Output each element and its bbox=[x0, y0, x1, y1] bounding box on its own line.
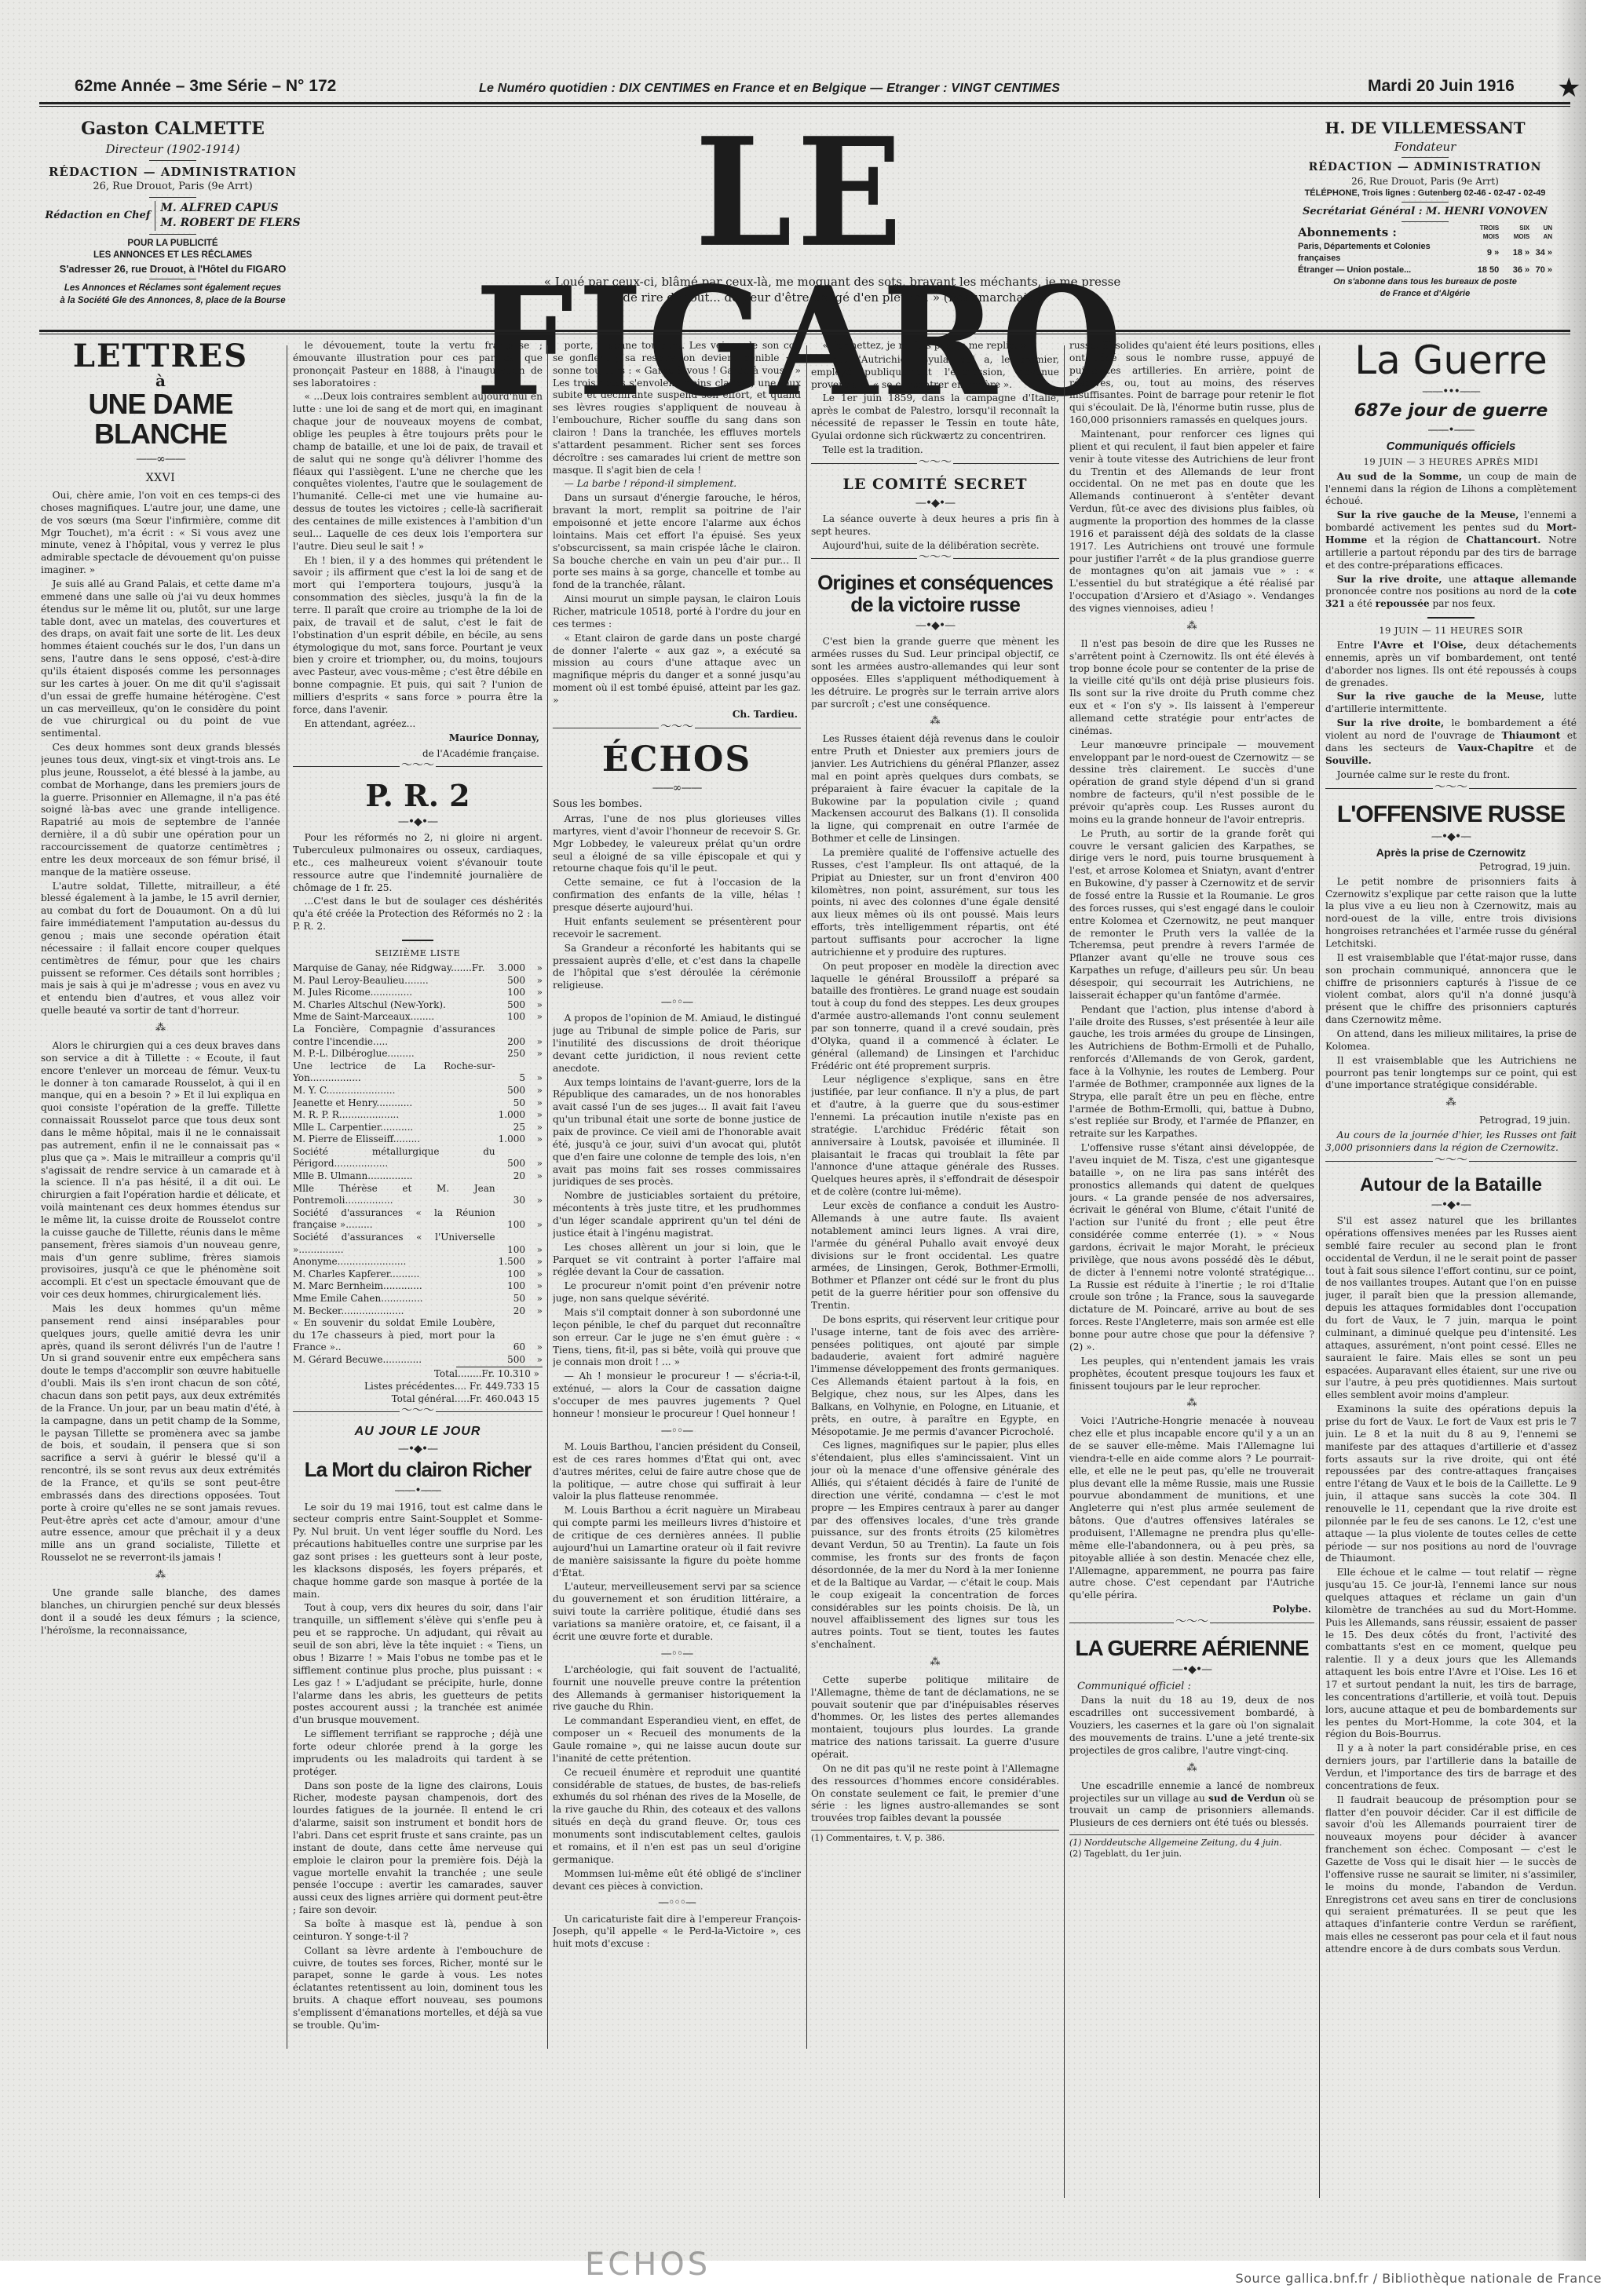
donor-amount: 500 bbox=[495, 1354, 525, 1367]
comite-title: LE COMITÉ SECRET bbox=[811, 477, 1059, 493]
phone: TÉLÉPHONE, Trois lignes : Gutenberg 02-4… bbox=[1296, 188, 1555, 199]
donor-name: M. Charles Kapferer.......... bbox=[293, 1268, 495, 1281]
donor-amount: 500 bbox=[495, 999, 525, 1012]
footnote: (1) Commentaires, t. V, p. 386. bbox=[811, 1833, 1059, 1844]
subs-note-1: On s'abonne dans tous les bureaux de pos… bbox=[1296, 276, 1555, 288]
divider bbox=[402, 940, 433, 941]
paragraph: Le procureur n'omit point d'en prévenir … bbox=[553, 1280, 801, 1305]
donor-name: M. Jules Ricome.............. bbox=[293, 987, 495, 999]
paragraph: Huit enfants seulement se présentèrent p… bbox=[553, 916, 801, 941]
paragraph: M. Louis Barthou a écrit naguère un Mira… bbox=[553, 1505, 801, 1579]
donor-row: M. R. P. R....................1.000» bbox=[293, 1109, 543, 1122]
masthead-left: Gaston CALMETTE Directeur (1902-1914) RÉ… bbox=[43, 118, 302, 307]
donor-row: Mme de Saint-Marceaux........100» bbox=[293, 1011, 543, 1024]
war-day: 687e jour de guerre bbox=[1325, 402, 1577, 420]
address: 26, Rue Drouot, Paris (9e Arrt) bbox=[1296, 175, 1555, 188]
paragraph: Examinons la suite des opérations depuis… bbox=[1325, 1404, 1577, 1565]
subs-value: 34 » bbox=[1532, 241, 1555, 265]
donor-row: Société métallurgique du Périgord.......… bbox=[293, 1146, 543, 1170]
subs-note-2: de France et d'Algérie bbox=[1296, 288, 1555, 300]
donor-amount: 100 bbox=[495, 1268, 525, 1281]
paragraph: Sur la rive gauche de la Meuse, lutte d'… bbox=[1325, 691, 1577, 716]
paragraph: porte, il sonne toujours. Les veines de … bbox=[553, 340, 801, 476]
donor-amount: 1.000 bbox=[495, 1133, 525, 1146]
air-war-subtitle: Communiqué officiel : bbox=[1077, 1681, 1314, 1694]
donor-amount: 5 bbox=[495, 1060, 525, 1085]
paragraph: On peut proposer en modèle la direction … bbox=[811, 961, 1059, 1073]
donor-row: Marquise de Ganay, née Ridgway.......Fr.… bbox=[293, 962, 543, 975]
paragraph: Le commandant Esperandieu vient, en effe… bbox=[553, 1715, 801, 1765]
paragraph: Arras, l'une de nos plus glorieuses vill… bbox=[553, 813, 801, 875]
offensive-subtitle: Après la prise de Czernowitz bbox=[1325, 847, 1577, 859]
masthead-right: H. DE VILLEMESSANT Fondateur RÉDACTION —… bbox=[1296, 118, 1555, 300]
paragraph: Le soir du 19 mai 1916, tout est calme d… bbox=[293, 1502, 543, 1601]
ornament: —•◆•— bbox=[293, 815, 543, 829]
donor-name: Anonyme....................... bbox=[293, 1256, 495, 1268]
list-title: SEIZIÈME LISTE bbox=[293, 947, 543, 959]
donor-row: Mlle Thérèse et M. Jean Pontremoli......… bbox=[293, 1183, 543, 1207]
story-title: La Mort du clairon Richer bbox=[293, 1459, 543, 1480]
donor-name: M. Pierre de Elisseiff......... bbox=[293, 1133, 495, 1146]
donor-name: Mlle Thérèse et M. Jean Pontremoli......… bbox=[293, 1183, 495, 1207]
paragraph: « ...Deux lois contraires semblent aujou… bbox=[293, 391, 543, 553]
column-rule bbox=[1319, 345, 1320, 2198]
donor-name: Mlle B. Ulmann............... bbox=[293, 1170, 495, 1183]
subscription-table: Abonnements : TROIS MOIS SIX MOIS UN AN … bbox=[1296, 224, 1555, 276]
paragraph: Entre l'Avre et l'Oise, deux détachement… bbox=[1325, 640, 1577, 689]
donor-row: Jeanette et Henry............50» bbox=[293, 1097, 543, 1110]
divider bbox=[1402, 221, 1449, 222]
communique-time: 19 JUIN — 11 HEURES SOIR bbox=[1325, 625, 1577, 637]
origines-title-2: de la victoire russe bbox=[811, 594, 1059, 615]
war-title: La Guerre bbox=[1325, 340, 1577, 381]
section-divider bbox=[1069, 1623, 1314, 1630]
paragraph: « Permettez, je ne fuis pas, je me repli… bbox=[811, 340, 1059, 352]
divider bbox=[149, 234, 196, 235]
donor-amount: 500 bbox=[495, 1085, 525, 1097]
paragraph: Il y a à noter la part considérable pris… bbox=[1325, 1743, 1577, 1792]
section-stars: ⁂ bbox=[41, 1022, 280, 1035]
donor-row: M. Paul Leroy-Beaulieu........500» bbox=[293, 975, 543, 987]
paragraph: L'autre soldat, Tillette, mitrailleur, a… bbox=[41, 881, 280, 1017]
column-6: La Guerre ——•••—— 687e jour de guerre ——… bbox=[1325, 340, 1577, 2192]
dateline: Petrograd, 19 juin. bbox=[1325, 861, 1570, 874]
footnotes: (1) Commentaires, t. V, p. 386. bbox=[811, 1830, 1059, 1844]
ornament: ——∞—— bbox=[553, 781, 801, 795]
paragraph: Au cours de la journée d'hier, les Russe… bbox=[1325, 1130, 1577, 1155]
donor-amount: 100 bbox=[495, 1232, 525, 1256]
donor-mark: » bbox=[525, 1024, 543, 1048]
donor-row: La Foncière, Compagnie d'assurances cont… bbox=[293, 1024, 543, 1048]
ornament: —•◆•— bbox=[1069, 1663, 1314, 1677]
ornament: —•◆•— bbox=[811, 496, 1059, 510]
paragraph: Tout à coup, vers dix heures du soir, da… bbox=[293, 1602, 543, 1727]
donor-row: « En souvenir du soldat Emile Loubère, d… bbox=[293, 1317, 543, 1354]
paragraph: Collant sa lèvre ardente à l'embouchure … bbox=[293, 1945, 543, 2032]
donor-amount: 100 bbox=[495, 1280, 525, 1293]
donor-amount: 250 bbox=[495, 1048, 525, 1060]
paragraph: Dans la nuit du 18 au 19, deux de nos es… bbox=[1069, 1695, 1314, 1757]
paragraph: Le 1er juin 1859, dans la campagne d'Ita… bbox=[811, 392, 1059, 442]
donor-mark: » bbox=[525, 962, 543, 975]
column-rule bbox=[547, 345, 548, 2049]
paragraph: La première qualité de l'offensive actue… bbox=[811, 847, 1059, 959]
paragraph: A propos de l'opinion de M. Amiaud, le d… bbox=[553, 1013, 801, 1075]
echos-title: ÉCHOS bbox=[553, 742, 801, 778]
founder-role: Fondateur bbox=[1296, 139, 1555, 155]
donor-mark: » bbox=[525, 1146, 543, 1170]
ornament: —◦◦— bbox=[553, 995, 801, 1009]
donor-name: M. Becker..................... bbox=[293, 1305, 495, 1318]
donor-mark: » bbox=[525, 1109, 543, 1122]
paragraph: Aux temps lointains de l'avant-guerre, l… bbox=[553, 1077, 801, 1189]
donor-mark: » bbox=[525, 1060, 543, 1085]
divider bbox=[1427, 617, 1475, 619]
donor-amount: 20 bbox=[495, 1305, 525, 1318]
ornament: ——•—— bbox=[1325, 423, 1577, 437]
donor-amount: 50 bbox=[495, 1097, 525, 1110]
top-line: 62me Année – 3me Série – N° 172 Le Numér… bbox=[0, 77, 1578, 100]
paragraph: Le Pruth, au sortir de la grande forêt q… bbox=[1069, 828, 1314, 1002]
paragraph: L'auteur, merveilleusement servi par sa … bbox=[553, 1581, 801, 1643]
donor-amount: 50 bbox=[495, 1293, 525, 1305]
paragraph: Mais s'il comptait donner à son subordon… bbox=[553, 1307, 801, 1369]
paragraph: Oui, chère amie, l'on voit en ces temps-… bbox=[41, 490, 280, 577]
donor-mark: » bbox=[525, 1085, 543, 1097]
subs-row-label: Étranger — Union postale... bbox=[1296, 265, 1463, 276]
section-stars: ⁂ bbox=[811, 1656, 1059, 1670]
paragraph: Les Russes étaient déjà revenus dans le … bbox=[811, 733, 1059, 845]
ornament: —◦◦— bbox=[553, 1424, 801, 1438]
ornament: —◦◦— bbox=[553, 1647, 801, 1661]
paragraph: russe. Si solides qu'aient été leurs pos… bbox=[1069, 340, 1314, 427]
paragraph: Les choses allèrent un jour si loin, que… bbox=[553, 1242, 801, 1279]
donor-amount: 1.500 bbox=[495, 1256, 525, 1268]
donor-amount: 100 bbox=[495, 1011, 525, 1024]
ornament: ——•—— bbox=[293, 1484, 543, 1498]
donor-mark: » bbox=[525, 975, 543, 987]
paragraph: Ces deux hommes sont deux grands blessés… bbox=[41, 742, 280, 878]
donor-row: M. Charles Altschul (New-York).500» bbox=[293, 999, 543, 1012]
donor-amount: 30 bbox=[495, 1183, 525, 1207]
divider bbox=[149, 279, 196, 279]
paragraph: Pendant que l'action, plus intense d'abo… bbox=[1069, 1004, 1314, 1141]
ornament: ——∞—— bbox=[41, 452, 280, 466]
section-stars: ⁂ bbox=[41, 1569, 280, 1582]
communique-time: 19 JUIN — 3 HEURES APRÈS MIDI bbox=[1325, 456, 1577, 468]
paragraph: Sur la rive gauche de la Meuse, l'ennemi… bbox=[1325, 509, 1577, 571]
donor-row: M. Gérard Becuwe.............500» bbox=[293, 1354, 543, 1367]
divider bbox=[1402, 202, 1449, 203]
section-stars: ⁂ bbox=[1069, 1397, 1314, 1411]
article-title-a: à bbox=[41, 373, 280, 389]
paragraph: On ne dit pas qu'il ne reste point à l'A… bbox=[811, 1763, 1059, 1825]
letter-number: XXVI bbox=[41, 471, 280, 485]
editors-in-chief: Rédaction en Chef M. ALFRED CAPUS M. ROB… bbox=[43, 201, 302, 231]
donor-mark: » bbox=[525, 1354, 543, 1367]
dateline: Petrograd, 19 juin. bbox=[1325, 1115, 1570, 1127]
donor-amount: 200 bbox=[495, 1024, 525, 1048]
ornament: —◦◦◦— bbox=[553, 1896, 801, 1910]
total-line: Total........Fr. 10.310 » bbox=[293, 1367, 543, 1380]
paragraph: Sa boîte à masque est là, pendue à son c… bbox=[293, 1918, 543, 1944]
divider bbox=[149, 197, 196, 198]
masthead-rule bbox=[39, 330, 1570, 334]
donor-mark: » bbox=[525, 1268, 543, 1281]
chef-label: Rédaction en Chef bbox=[45, 209, 150, 223]
donor-mark: » bbox=[525, 1280, 543, 1293]
issue-number: 62me Année – 3me Série – N° 172 bbox=[75, 77, 336, 96]
subs-value: 9 » bbox=[1463, 241, 1501, 265]
section-divider bbox=[811, 463, 1059, 471]
donor-amount: 100 bbox=[495, 1207, 525, 1232]
subs-col: SIX MOIS bbox=[1501, 224, 1532, 242]
section-stars: ⁂ bbox=[811, 715, 1059, 728]
column-rule bbox=[806, 345, 807, 2049]
donor-name: M. Paul Leroy-Beaulieu........ bbox=[293, 975, 495, 987]
donor-row: Société d'assurances « la Réunion frança… bbox=[293, 1207, 543, 1232]
rubric-label: AU JOUR LE JOUR bbox=[293, 1425, 543, 1439]
origines-title-1: Origines et conséquences bbox=[811, 572, 1059, 593]
divider bbox=[1402, 157, 1449, 158]
donor-mark: » bbox=[525, 1122, 543, 1134]
founder-name: H. DE VILLEMESSANT bbox=[1296, 118, 1555, 139]
donor-mark: » bbox=[525, 1256, 543, 1268]
donor-name: Société d'assurances « l'Universelle »..… bbox=[293, 1232, 495, 1256]
paragraph: ...C'est dans le but de soulager ces dés… bbox=[293, 896, 543, 933]
paragraph: La séance ouverte à deux heures a pris f… bbox=[811, 513, 1059, 538]
paragraph: L'offensive russe s'étant ainsi développ… bbox=[1069, 1142, 1314, 1354]
donor-name: M. Y. C....................... bbox=[293, 1085, 495, 1097]
subs-row-label: Paris, Départements et Colonies français… bbox=[1296, 241, 1463, 265]
footnotes: (1) Norddeutsche Allgemeine Zeitung, du … bbox=[1069, 1834, 1314, 1860]
section-divider bbox=[1325, 1161, 1577, 1169]
donor-name: M. Marc Bernheim............. bbox=[293, 1280, 495, 1293]
donor-name: M. Gérard Becuwe............. bbox=[293, 1354, 495, 1367]
donor-mark: » bbox=[525, 1133, 543, 1146]
price-line: Le Numéro quotidien : DIX CENTIMES en Fr… bbox=[479, 82, 1060, 96]
donor-mark: » bbox=[525, 1183, 543, 1207]
donor-amount: 20 bbox=[495, 1170, 525, 1183]
column-rule bbox=[287, 345, 287, 2049]
paragraph: — Ah ! monsieur le procureur ! — s'écria… bbox=[553, 1371, 801, 1420]
source-credit: Source gallica.bnf.fr / Bibliothèque nat… bbox=[1236, 2271, 1602, 2286]
pub-line-1: POUR LA PUBLICITÉ bbox=[43, 238, 302, 250]
paragraph: Il n'est pas besoin de dire que les Russ… bbox=[1069, 638, 1314, 738]
pub-line-2: LES ANNONCES ET LES RÉCLAMES bbox=[43, 250, 302, 262]
paragraph: Les peuples, qui n'entendent jamais les … bbox=[1069, 1356, 1314, 1393]
paragraph: Sur la rive droite, le bombardement a ét… bbox=[1325, 717, 1577, 767]
ornament: ——•••—— bbox=[1325, 385, 1577, 399]
paragraph: Il est vraisemblable que les Autrichiens… bbox=[1325, 1055, 1577, 1093]
donor-row: Mme Emile Cahen..............50» bbox=[293, 1293, 543, 1305]
paragraph: Leur manœuvre principale — mouvement env… bbox=[1069, 739, 1314, 827]
address: 26, Rue Drouot, Paris (9e Arrt) bbox=[43, 180, 302, 194]
donor-amount: 100 bbox=[495, 987, 525, 999]
donor-list: Marquise de Ganay, née Ridgway.......Fr.… bbox=[293, 962, 543, 1367]
paragraph: De bons esprits, qui réservent leur crit… bbox=[811, 1314, 1059, 1439]
donor-mark: » bbox=[525, 1011, 543, 1024]
director-role: Directeur (1902-1914) bbox=[43, 141, 302, 157]
donor-mark: » bbox=[525, 1232, 543, 1256]
ornament: —•◆•— bbox=[293, 1442, 543, 1456]
paragraph: L'archéologie, qui fait souvent de l'act… bbox=[553, 1664, 801, 1714]
paragraph: Sur la rive droite, une attaque allemand… bbox=[1325, 574, 1577, 611]
donor-row: M. Jules Ricome..............100» bbox=[293, 987, 543, 999]
donor-amount: 25 bbox=[495, 1122, 525, 1134]
dept-label: RÉDACTION — ADMINISTRATION bbox=[43, 164, 302, 180]
footnote: (1) Norddeutsche Allgemeine Zeitung, du … bbox=[1069, 1838, 1314, 1849]
section-divider bbox=[811, 558, 1059, 566]
donor-name: M. Charles Altschul (New-York). bbox=[293, 999, 495, 1012]
paragraph: Un caricaturiste fait dire à l'empereur … bbox=[553, 1914, 801, 1951]
donor-row: M. Charles Kapferer..........100» bbox=[293, 1268, 543, 1281]
paragraph: Il faudrait beaucoup de présomption pour… bbox=[1325, 1794, 1577, 1956]
donor-row: M. Y. C.......................500» bbox=[293, 1085, 543, 1097]
paragraph: Maintenant, pour renforcer ces lignes qu… bbox=[1069, 429, 1314, 615]
echo-heading: Sous les bombes. bbox=[553, 798, 801, 812]
donor-mark: » bbox=[525, 1207, 543, 1232]
paragraph: Dans son poste de la ligne des clairons,… bbox=[293, 1780, 543, 1917]
section-stars: ⁂ bbox=[1069, 1762, 1314, 1776]
paragraph: Mommsen lui-même eût été obligé de s'inc… bbox=[553, 1868, 801, 1893]
article-title-dame: UNE DAME BLANCHE bbox=[41, 389, 280, 449]
donor-row: M. P.-L. Dilbéroglue.........250» bbox=[293, 1048, 543, 1060]
donor-row: Mlle L. Carpentier...........25» bbox=[293, 1122, 543, 1134]
motto: « Loué par ceux-ci, blâmé par ceux-là, m… bbox=[518, 275, 1146, 305]
paragraph: Au sud de la Somme, un coup de main de l… bbox=[1325, 471, 1577, 509]
paragraph: Voici l'Autriche-Hongrie menacée à nouve… bbox=[1069, 1415, 1314, 1602]
motto-line-2: de rire de tout... de peur d'être obligé… bbox=[518, 290, 1146, 306]
paragraph: Leur négligence s'explique, sans en être… bbox=[811, 1074, 1059, 1199]
ornament: —•◆•— bbox=[1325, 1198, 1577, 1212]
paragraph: C'est l'Autrichien Gyulai qui a, le prem… bbox=[811, 354, 1059, 392]
paragraph: Une escadrille ennemie a lancé de nombre… bbox=[1069, 1780, 1314, 1830]
column-2: le dévouement, toute la vertu française … bbox=[293, 340, 543, 2051]
donor-name: Jeanette et Henry............ bbox=[293, 1097, 495, 1110]
article-title-lettres: LETTRES bbox=[41, 340, 280, 373]
subs-label: Abonnements : bbox=[1296, 224, 1463, 242]
donor-name: Marquise de Ganay, née Ridgway.......Fr. bbox=[293, 962, 495, 975]
divider bbox=[149, 160, 196, 161]
paragraph: Cette superbe politique militaire de l'A… bbox=[811, 1674, 1059, 1761]
donor-mark: » bbox=[525, 1293, 543, 1305]
donor-amount: 500 bbox=[495, 1146, 525, 1170]
donor-amount: 500 bbox=[495, 975, 525, 987]
section-divider bbox=[553, 728, 801, 736]
donor-name: Société métallurgique du Périgord.......… bbox=[293, 1146, 495, 1170]
donor-mark: » bbox=[525, 987, 543, 999]
paragraph: Eh ! bien, il y a des hommes qui prétend… bbox=[293, 555, 543, 717]
paragraph: Alors le chirurgien qui a ces deux brave… bbox=[41, 1040, 280, 1301]
paragraph: En attendant, agréez... bbox=[293, 718, 543, 731]
subs-col: UN AN bbox=[1532, 224, 1555, 242]
column-rule bbox=[1064, 345, 1065, 2198]
secretary: Secrétariat Général : M. HENRI VONOVEN bbox=[1296, 205, 1555, 219]
donor-name: M. P.-L. Dilbéroglue......... bbox=[293, 1048, 495, 1060]
paragraph: Il est vraisemblable que l'état-major ru… bbox=[1325, 952, 1577, 1027]
paragraph: « Etant clairon de garde dans un poste c… bbox=[553, 633, 801, 707]
paragraph: Ainsi mourut un simple paysan, le clairo… bbox=[553, 593, 801, 631]
donor-name: « En souvenir du soldat Emile Loubère, d… bbox=[293, 1317, 495, 1354]
section-stars: ⁂ bbox=[1325, 1097, 1577, 1110]
paragraph: Ce recueil énumère et reproduit une quan… bbox=[553, 1767, 801, 1867]
pr2-title: P. R. 2 bbox=[293, 780, 543, 812]
paragraph: Elle échoue et le calme — tout relatif —… bbox=[1325, 1567, 1577, 1741]
donor-name: Mme Emile Cahen.............. bbox=[293, 1293, 495, 1305]
donor-amount: 60 bbox=[495, 1317, 525, 1354]
subs-value: 18 » bbox=[1501, 241, 1532, 265]
paragraph: Ces lignes, magnifiques sur le papier, p… bbox=[811, 1440, 1059, 1652]
air-war-title: LA GUERRE AÉRIENNE bbox=[1069, 1637, 1314, 1659]
paragraph: Leur excès de confiance a conduit les Au… bbox=[811, 1200, 1059, 1312]
paragraph: Le sifflement terrifiant se rapproche ; … bbox=[293, 1728, 543, 1778]
donor-row: Une lectrice de La Roche-sur-Yon........… bbox=[293, 1060, 543, 1085]
donor-mark: » bbox=[525, 1170, 543, 1183]
donor-mark: » bbox=[525, 1097, 543, 1110]
donor-name: Mme de Saint-Marceaux........ bbox=[293, 1011, 495, 1024]
paragraph: Je suis allé au Grand Palais, et cette d… bbox=[41, 579, 280, 740]
donor-mark: » bbox=[525, 1317, 543, 1354]
motto-line-1: « Loué par ceux-ci, blâmé par ceux-là, m… bbox=[518, 275, 1146, 290]
donor-mark: » bbox=[525, 999, 543, 1012]
ann-line-2: à la Société Gle des Annonces, 8, place … bbox=[43, 295, 302, 308]
paragraph: — La barbe ! répond-il simplement. bbox=[553, 478, 801, 491]
section-stars: ⁂ bbox=[1069, 620, 1314, 633]
paragraph: Pour les réformés no 2, ni gloire ni arg… bbox=[293, 832, 543, 894]
footnote: (2) Tageblatt, du 1er juin. bbox=[1069, 1849, 1314, 1860]
archive-stamp: ECHOS bbox=[585, 2247, 711, 2283]
donor-name: Mlle L. Carpentier........... bbox=[293, 1122, 495, 1134]
paragraph: Dans un sursaut d'énergie farouche, le h… bbox=[553, 492, 801, 592]
donor-row: M. Marc Bernheim.............100» bbox=[293, 1280, 543, 1293]
subs-value: 70 » bbox=[1532, 265, 1555, 276]
donor-name: La Foncière, Compagnie d'assurances cont… bbox=[293, 1024, 495, 1048]
donor-row: M. Becker.....................20» bbox=[293, 1305, 543, 1318]
paragraph: C'est bien la grande guerre que mènent l… bbox=[811, 636, 1059, 710]
chef-2: M. ROBERT DE FLERS bbox=[160, 216, 300, 231]
paragraph: Mais les deux hommes qu'un même pansemen… bbox=[41, 1303, 280, 1564]
donor-name: Société d'assurances « la Réunion frança… bbox=[293, 1207, 495, 1232]
subs-col: TROIS MOIS bbox=[1463, 224, 1501, 242]
subs-value: 36 » bbox=[1501, 265, 1532, 276]
donor-name: Une lectrice de La Roche-sur-Yon........… bbox=[293, 1060, 495, 1085]
paragraph: le dévouement, toute la vertu française … bbox=[293, 340, 543, 389]
column-4: « Permettez, je ne fuis pas, je me repli… bbox=[811, 340, 1059, 2192]
column-1: LETTRES à UNE DAME BLANCHE ——∞—— XXVI Ou… bbox=[41, 340, 280, 2051]
director-name: Gaston CALMETTE bbox=[43, 118, 302, 141]
donor-amount: 1.000 bbox=[495, 1109, 525, 1122]
donor-mark: » bbox=[525, 1305, 543, 1318]
communiques-title: Communiqués officiels bbox=[1325, 440, 1577, 453]
donor-name: M. R. P. R.................... bbox=[293, 1109, 495, 1122]
offensive-title: L'OFFENSIVE RUSSE bbox=[1325, 802, 1577, 827]
subs-value: 18 50 bbox=[1463, 265, 1501, 276]
paragraph: S'il est assez naturel que les brillante… bbox=[1325, 1215, 1577, 1402]
paragraph: Une grande salle blanche, des dames blan… bbox=[41, 1587, 280, 1637]
newspaper-page: 62me Année – 3me Série – N° 172 Le Numér… bbox=[0, 0, 1586, 2261]
donor-row: Société d'assurances « l'Universelle »..… bbox=[293, 1232, 543, 1256]
ornament: —•◆•— bbox=[811, 619, 1059, 633]
issue-date: Mardi 20 Juin 1916 bbox=[1368, 77, 1515, 96]
paragraph: M. Louis Barthou, l'ancien président du … bbox=[553, 1441, 801, 1503]
donor-mark: » bbox=[525, 1048, 543, 1060]
pub-line-3: S'adresser 26, rue Drouot, à l'Hôtel du … bbox=[43, 262, 302, 276]
ann-line-1: Les Annonces et Réclames sont également … bbox=[43, 283, 302, 295]
column-5: russe. Si solides qu'aient été leurs pos… bbox=[1069, 340, 1314, 2192]
signature: Maurice Donnay, bbox=[293, 732, 539, 745]
ornament: —•◆•— bbox=[1325, 830, 1577, 844]
